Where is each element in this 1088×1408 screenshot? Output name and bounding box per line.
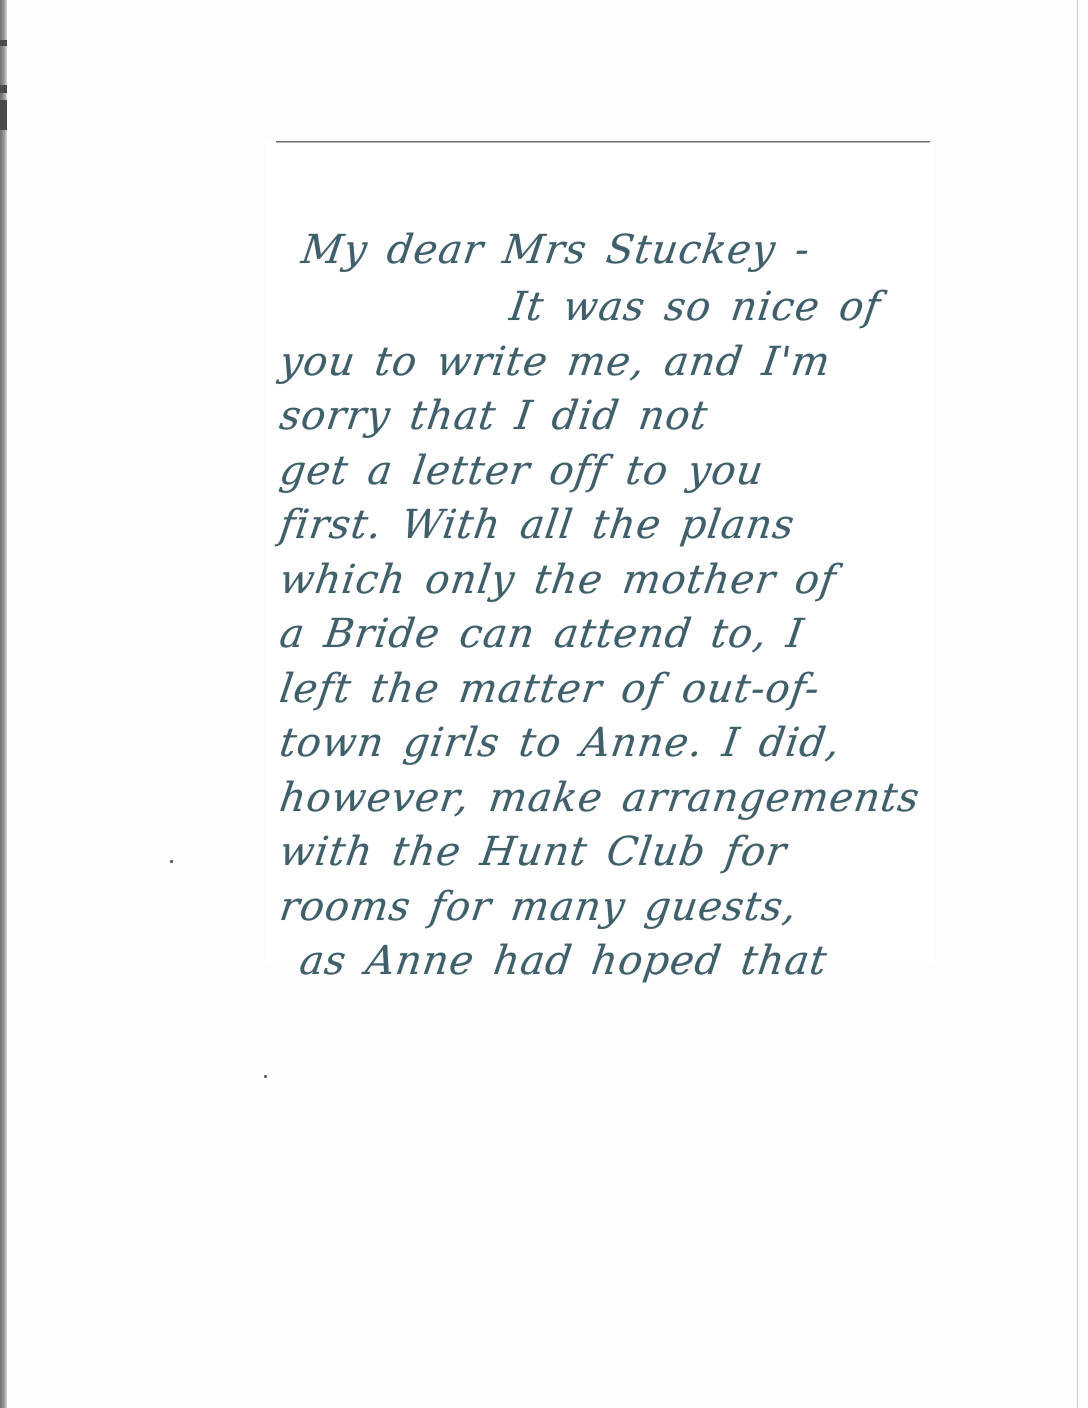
scan-dust-speck [264,1075,267,1078]
handwritten-letter-body: My dear Mrs Stuckey - It was so nice of … [280,220,930,989]
scanner-edge-band [0,40,7,46]
letter-line: get a letter off to you [276,444,934,499]
letter-line: as Anne had hoped that [276,934,934,989]
letter-line: rooms for many guests, [276,880,934,935]
scanner-edge-band [0,85,7,93]
scanner-left-edge-shadow [0,0,7,1408]
letter-line: left the matter of out-of- [276,662,934,717]
letter-line: It was so nice of [276,280,934,335]
letter-line: town girls to Anne. I did, [276,716,934,771]
scan-dust-speck [170,860,173,863]
letter-line: a Bride can attend to, I [276,607,934,662]
letter-line: you to write me, and I'm [276,335,934,390]
letter-line: with the Hunt Club for [276,825,934,880]
scanner-right-edge-line [1077,0,1078,1408]
letter-salutation: My dear Mrs Stuckey - [276,220,934,280]
scanner-edge-band [0,100,7,130]
letter-line: however, make arrangements [276,771,934,826]
letter-line: first. With all the plans [276,498,934,553]
letter-line: sorry that I did not [276,389,934,444]
letter-line: which only the mother of [276,553,934,608]
paper-top-edge [276,141,930,142]
